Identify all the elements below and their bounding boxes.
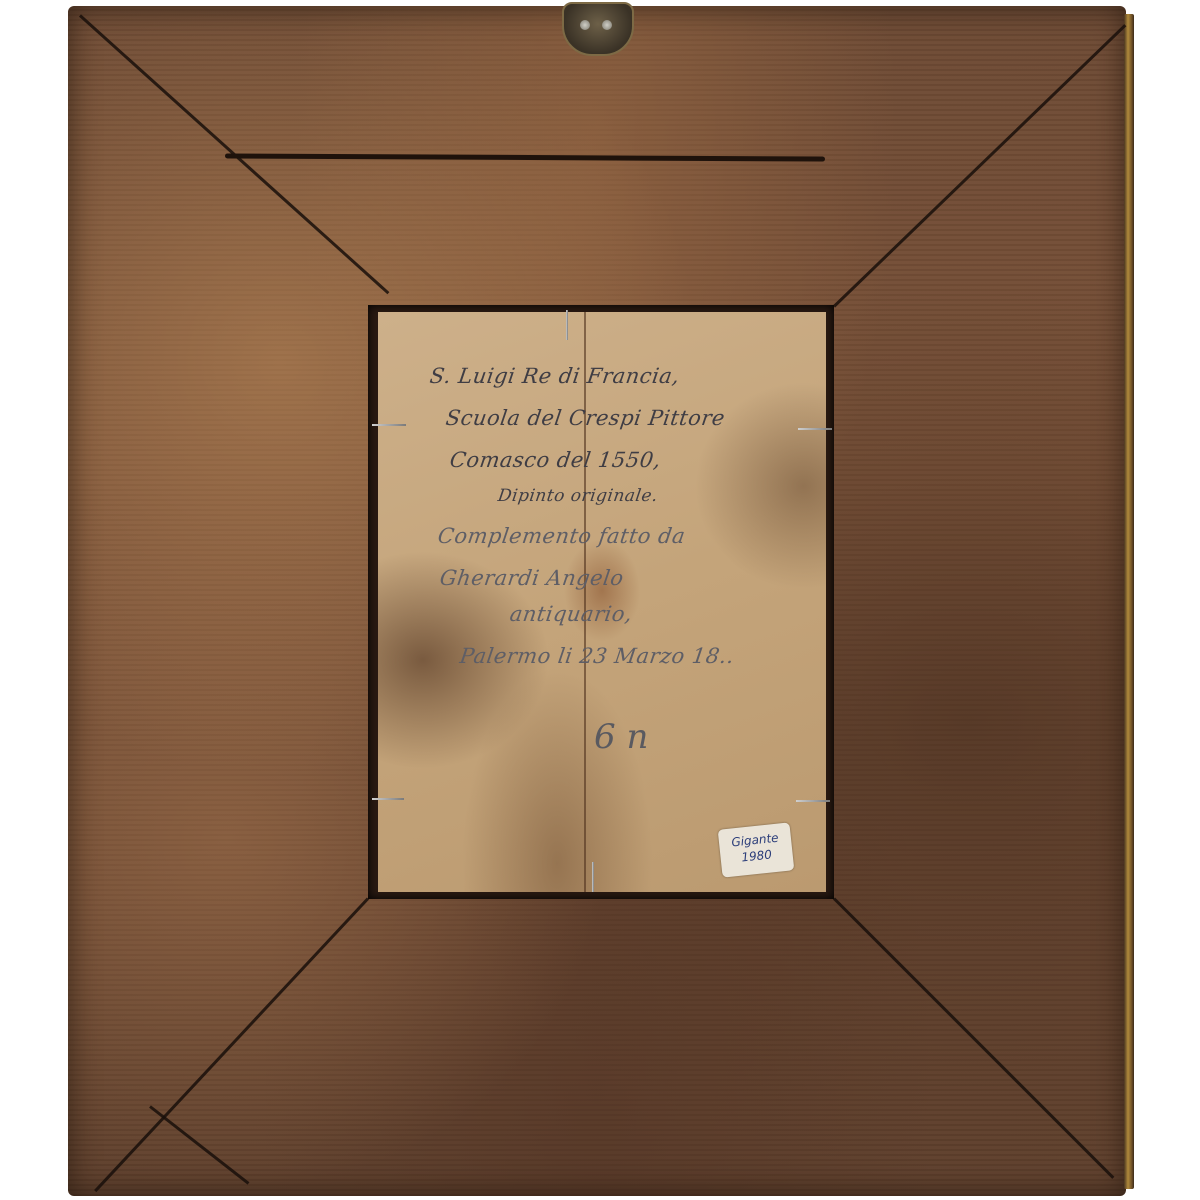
- label-line-7: antiquario,: [508, 602, 634, 626]
- inventory-number: 6 n: [594, 717, 648, 757]
- label-line-4: Dipinto originale.: [497, 486, 660, 506]
- pin-bottom: [592, 862, 594, 892]
- hanging-bracket: [562, 2, 634, 56]
- gilt-frame-edge: [1124, 14, 1134, 1189]
- label-line-3: Comasco del 1550,: [448, 448, 662, 472]
- pin-right-upper: [798, 428, 832, 430]
- label-line-8: Palermo li 23 Marzo 18..: [458, 644, 736, 668]
- label-line-6: Gherardi Angelo: [438, 566, 625, 590]
- screw-icon: [580, 20, 590, 30]
- label-line-2: Scuola del Crespi Pittore: [444, 406, 726, 430]
- handwritten-paper-label: S. Luigi Re di Francia, Scuola del Cresp…: [378, 312, 826, 892]
- pin-left-lower: [372, 798, 404, 800]
- screw-icon: [602, 20, 612, 30]
- pin-top: [566, 310, 568, 340]
- label-line-5: Complemento fatto da: [436, 524, 687, 548]
- label-line-1: S. Luigi Re di Francia,: [428, 364, 681, 388]
- pin-left-upper: [372, 424, 406, 426]
- pin-right-lower: [796, 800, 830, 802]
- inventory-sticker: Gigante 1980: [718, 822, 795, 877]
